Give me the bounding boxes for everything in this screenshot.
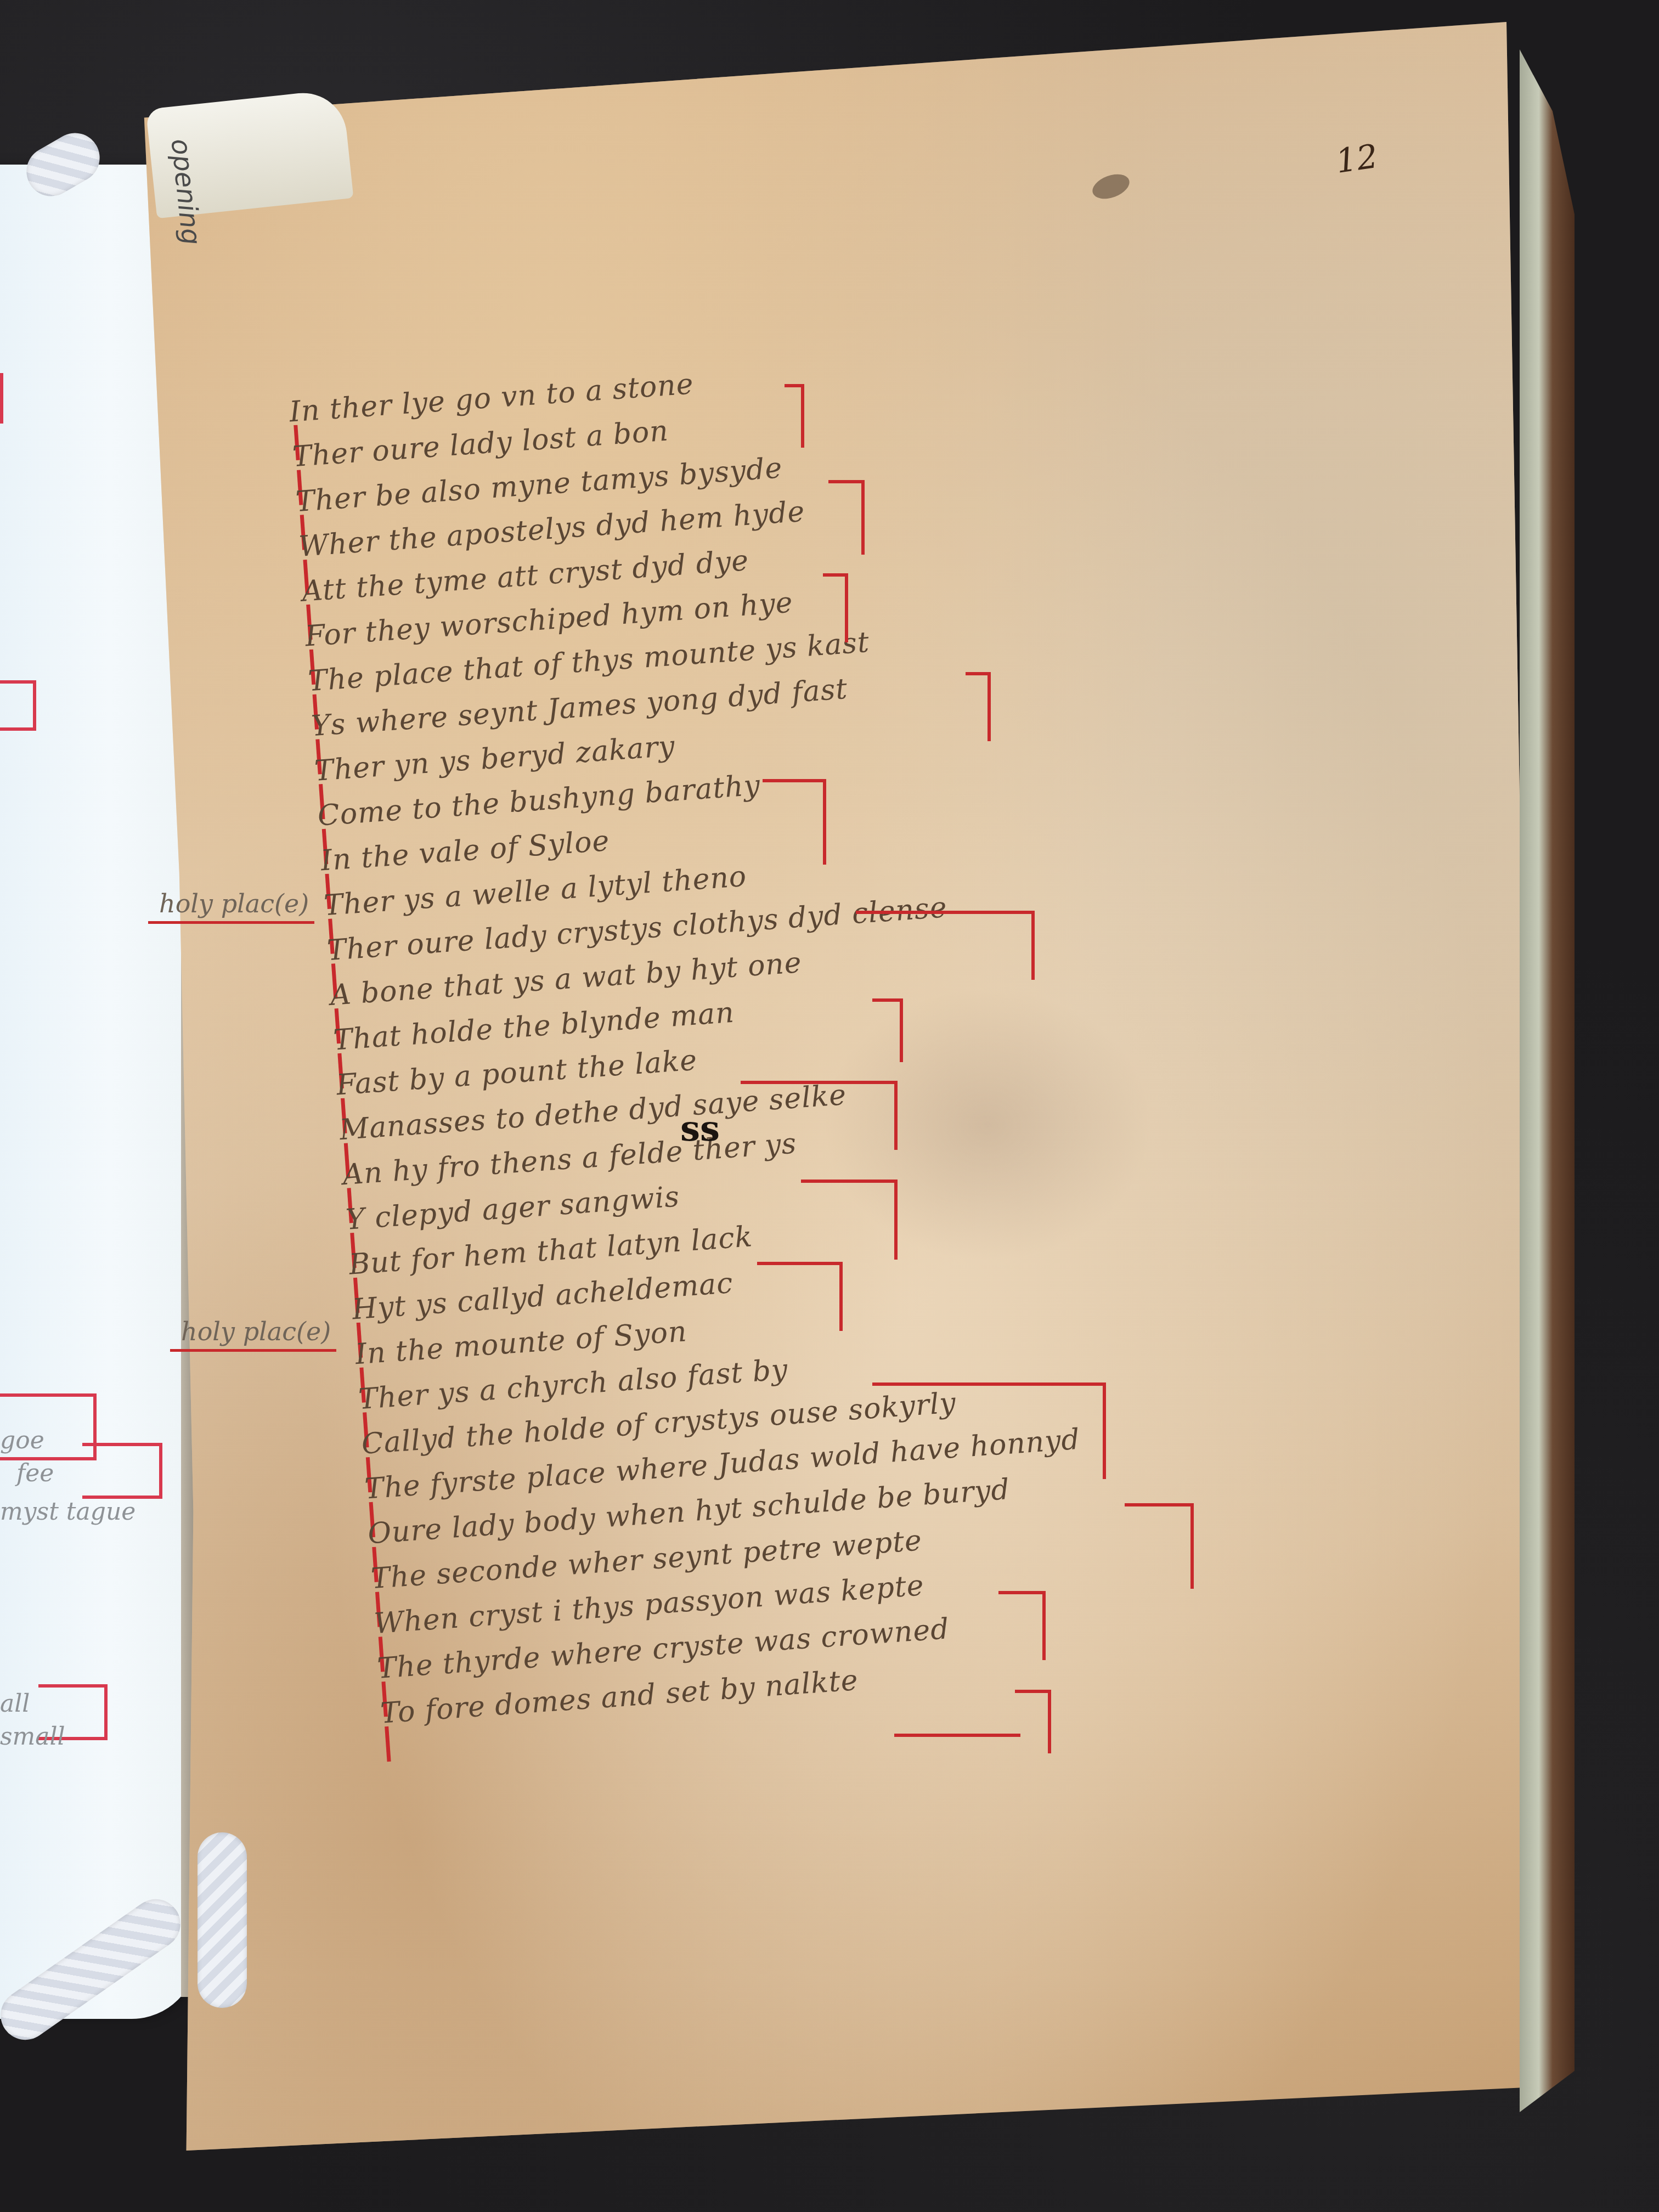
left-page-fragment: small bbox=[0, 1723, 65, 1751]
rhyme-bracket bbox=[998, 1591, 1046, 1660]
verse-text-block: In ther lye go vn to a stone Ther oure l… bbox=[285, 315, 1364, 1730]
rhyme-bracket bbox=[785, 384, 804, 448]
left-page-fragment: all bbox=[0, 1690, 30, 1718]
rhyme-bracket bbox=[763, 779, 826, 865]
rhyme-bracket-bottom bbox=[894, 1734, 1020, 1737]
rhyme-bracket bbox=[801, 1180, 898, 1260]
rhyme-bracket bbox=[872, 1383, 1106, 1479]
left-page-fragment: myst tague bbox=[0, 1498, 136, 1526]
margin-note-holy-place: holy plac(e) bbox=[181, 1317, 331, 1346]
rubric-bracket bbox=[82, 1443, 162, 1499]
page-edges-and-cover bbox=[1520, 49, 1575, 2112]
bookmark-tab[interactable]: opening bbox=[146, 89, 354, 219]
rhyme-bracket bbox=[856, 911, 1035, 980]
rhyme-bracket bbox=[872, 998, 903, 1062]
rubric-bracket bbox=[0, 680, 36, 731]
rhyme-bracket bbox=[1125, 1503, 1194, 1589]
folio-number: 12 bbox=[1334, 137, 1380, 181]
book-cord-bottom bbox=[198, 1832, 247, 2008]
rhyme-bracket bbox=[966, 672, 991, 741]
rhyme-bracket bbox=[823, 573, 848, 642]
rhyme-bracket bbox=[828, 480, 865, 555]
left-page-fragment: goe bbox=[0, 1426, 44, 1454]
rubric-bracket bbox=[0, 373, 3, 424]
rhyme-bracket bbox=[757, 1262, 843, 1331]
rhyme-bracket bbox=[1015, 1690, 1051, 1753]
marginal-mark: ss bbox=[680, 1108, 720, 1149]
margin-note-holy-place: holy plac(e) bbox=[159, 889, 309, 918]
left-page-fragment: fee bbox=[16, 1459, 54, 1487]
rhyme-bracket bbox=[741, 1081, 898, 1150]
